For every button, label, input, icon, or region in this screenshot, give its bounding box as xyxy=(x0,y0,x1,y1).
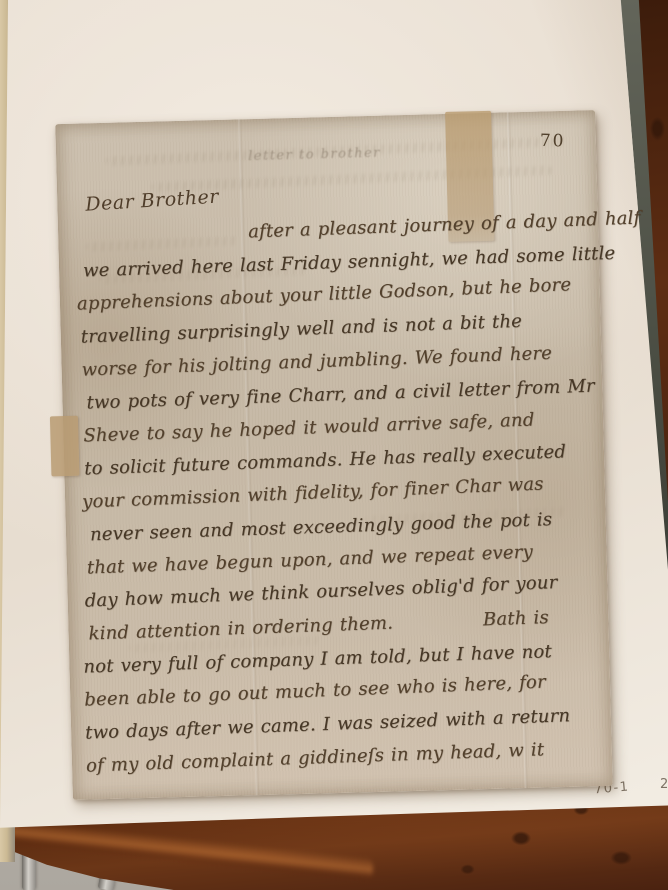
manuscript-photo: 70-1 2 70 letter to brother Dear Brother… xyxy=(0,0,668,890)
archivist-note: letter to brother xyxy=(248,146,381,164)
letter-paper: 70 letter to brother Dear Brother after … xyxy=(55,110,613,800)
page-number: 70 xyxy=(540,131,566,152)
edge-number: 2 xyxy=(660,777,668,792)
letter-body: after a pleasant journey of a day and ha… xyxy=(78,208,607,782)
salutation: Dear Brother xyxy=(85,186,220,216)
tape-repair xyxy=(50,416,80,477)
table-edge-highlight xyxy=(0,816,374,883)
